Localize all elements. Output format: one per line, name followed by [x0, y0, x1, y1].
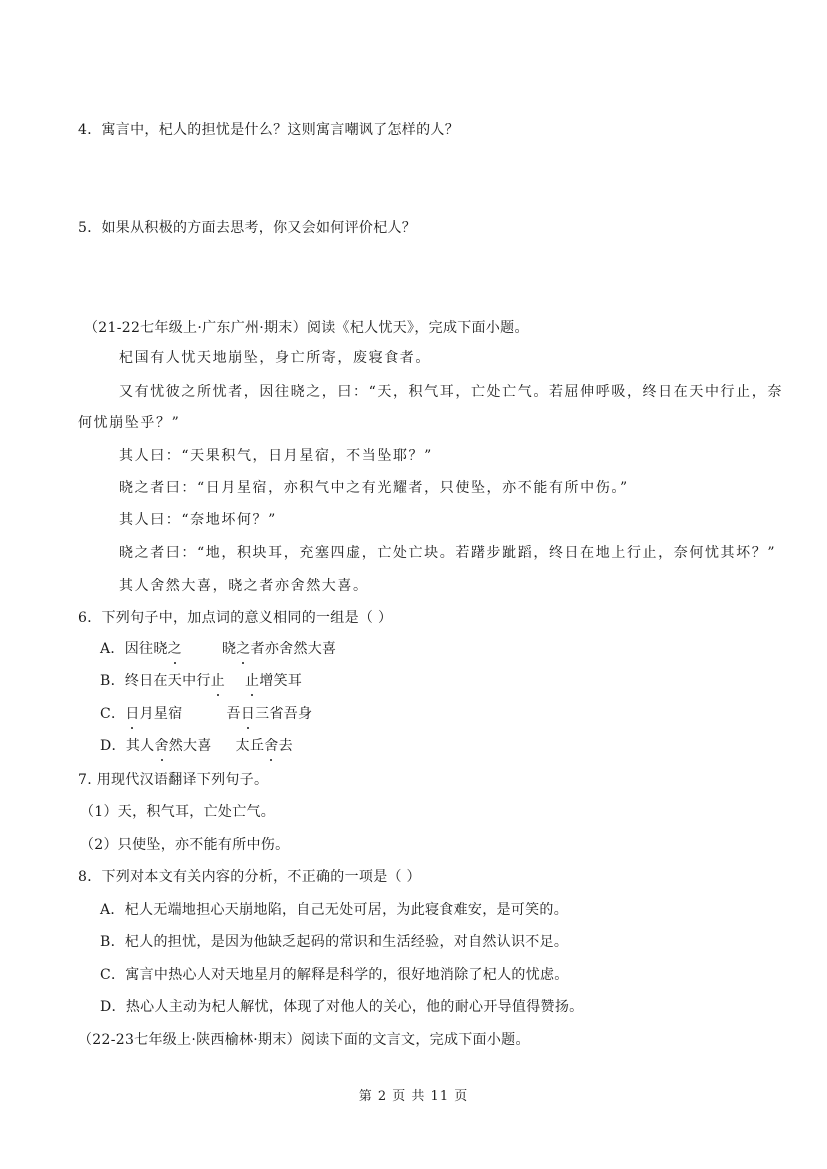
dotted-char: 舍 — [154, 736, 168, 756]
option-label: B． — [100, 673, 125, 689]
section-source-heading-2: （22-23七年级上·陕西榆林·期末）阅读下面的文言文，完成下面小题。 — [78, 1030, 530, 1050]
dotted-char: 止 — [245, 671, 259, 691]
q8-option-c: C．寓言中热心人对天地星月的解释是科学的，很好地消除了杞人的忧虑。 — [100, 965, 569, 985]
passage-paragraph: 晓之者曰：“日月星宿，亦积气中之有光耀者，只使坠，亦不能有所中伤。” — [119, 478, 629, 498]
q8-option-d: D．热心人主动为杞人解忧，体现了对他人的关心，他的耐心开导值得赞扬。 — [100, 997, 583, 1017]
q6-option-a: A．因往晓之晓之者亦舍然大喜 — [100, 639, 336, 659]
option-label: A． — [100, 641, 125, 657]
page-number-footer: 第 2 页 共 11 页 — [0, 1085, 827, 1104]
q8-option-b: B．杞人的担忧，是因为他缺乏起码的常识和生活经验，对自然认识不足。 — [100, 932, 568, 952]
option-label: C． — [100, 706, 125, 722]
passage-paragraph: 何忧崩坠乎？” — [78, 413, 180, 433]
passage-paragraph: 其人曰：“天果积气，日月星宿，不当坠耶？” — [119, 446, 433, 466]
dotted-char: 舍 — [264, 736, 278, 756]
passage-paragraph: 又有忧彼之所忧者，因往晓之，曰：“天，积气耳，亡处亡气。若屈伸呼吸，终日在天中行… — [119, 382, 783, 402]
passage-paragraph: 晓之者曰：“地，积块耳，充塞四虚，亡处亡块。若躇步跐蹈，终日在地上行止，奈何忧其… — [119, 543, 776, 563]
dotted-char: 止 — [211, 671, 225, 691]
q7-item-2: （2）只使坠，亦不能有所中伤。 — [80, 835, 289, 855]
dotted-char: 之 — [236, 639, 250, 659]
q6-option-b: B．终日在天中行止止增笑耳 — [100, 671, 302, 691]
passage-paragraph: 其人舍然大喜，晓之者亦舍然大喜。 — [119, 576, 369, 596]
dotted-char: 日 — [125, 704, 139, 724]
question-5: 5．如果从积极的方面去思考，你又会如何评价杞人？ — [78, 218, 416, 238]
question-6-stem: 6．下列句子中，加点词的意义相同的一组是（ ） — [78, 608, 392, 628]
dotted-char: 之 — [168, 639, 182, 659]
passage-paragraph: 其人曰：“奈地坏何？” — [119, 510, 277, 530]
section-source-heading: （21-22七年级上·广东广州·期末）阅读《杞人忧天》，完成下面小题。 — [84, 318, 529, 338]
question-4: 4．寓言中，杞人的担忧是什么？这则寓言嘲讽了怎样的人？ — [78, 120, 459, 140]
dotted-char: 日 — [241, 704, 255, 724]
q7-item-1: （1）天，积气耳，亡处亡气。 — [80, 802, 275, 822]
q8-option-a: A．杞人无端地担心天崩地陷，自己无处可居，为此寝食难安，是可笑的。 — [100, 900, 568, 920]
question-7-stem: 7. 用现代汉语翻译下列句子。 — [78, 770, 268, 790]
q6-option-d: D．其人舍然大喜太丘舍去 — [100, 736, 293, 756]
q6-option-c: C．日月星宿吾日三省吾身 — [100, 704, 312, 724]
passage-paragraph: 杞国有人忧天地崩坠，身亡所寄，废寝食者。 — [119, 348, 431, 368]
option-label: D． — [100, 738, 126, 754]
question-8-stem: 8．下列对本文有关内容的分析，不正确的一项是（ ） — [78, 867, 421, 887]
